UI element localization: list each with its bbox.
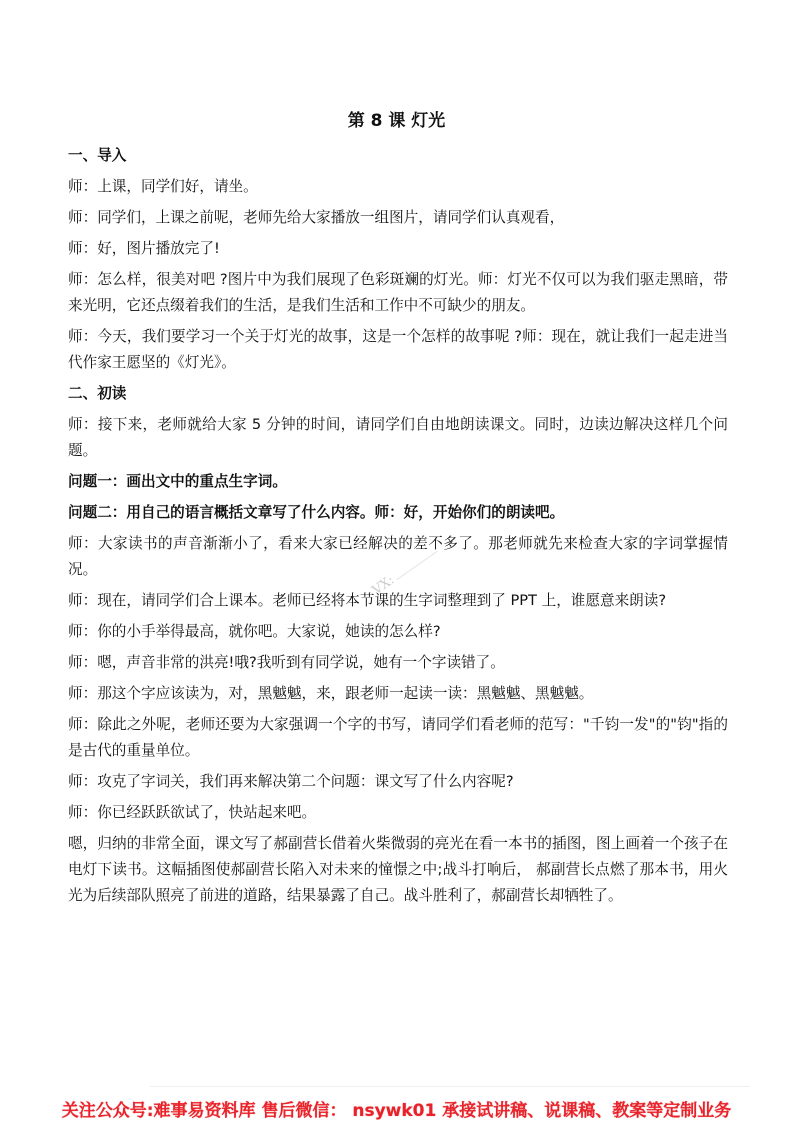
- section-heading-first-reading: 二、初读: [68, 381, 728, 407]
- paragraph: 师：现在，请同学们合上课本。老师已经将本节课的生字词整理到了 PPT 上，谁愿意…: [68, 588, 728, 614]
- summary-paragraph: 嗯，归纳的非常全面，课文写了郝副营长借着火柴微弱的亮光在看一本书的插图，图上画着…: [68, 831, 728, 909]
- paragraph: 师：你的小手举得最高，就你吧。大家说，她读的怎么样?: [68, 619, 728, 645]
- question-two: 问题二：用自己的语言概括文章写了什么内容。师：好，开始你们的朗读吧。: [68, 500, 728, 526]
- paragraph: 师：怎么样，很美对吧 ?图片中为我们展现了色彩斑斓的灯光。师：灯光不仅可以为我们…: [68, 267, 728, 319]
- paragraph: 师：上课，同学们好，请坐。: [68, 174, 728, 200]
- paragraph: 师：攻克了字词关，我们再来解决第二个问题：课文写了什么内容呢?: [68, 769, 728, 795]
- paragraph: 师：同学们，上课之前呢，老师先给大家播放一组图片，请同学们认真观看，: [68, 205, 728, 231]
- paragraph: 师：除此之外呢，老师还要为大家强调一个字的书写，请同学们看老师的范写："千钧一发…: [68, 712, 728, 764]
- paragraph: 师：大家读书的声音渐渐小了，看来大家已经解决的差不多了。那老师就先来检查大家的字…: [68, 531, 728, 583]
- section-heading-intro: 一、导入: [68, 143, 728, 169]
- paragraph: 师：接下来，老师就给大家 5 分钟的时间，请同学们自由地朗读课文。同时，边读边解…: [68, 412, 728, 464]
- paragraph: 师：那这个字应该读为，对，黑魆魆，来，跟老师一起读一读：黑魆魆、黑魆魆。: [68, 681, 728, 707]
- paragraph: 师：今天，我们要学习一个关于灯光的故事，这是一个怎样的故事呢 ?师：现在，就让我…: [68, 324, 728, 376]
- paragraph: 师：嗯，声音非常的洪亮!哦?我听到有同学说，她有一个字读错了。: [68, 650, 728, 676]
- footer-divider: [150, 1086, 750, 1087]
- document-title: 第 8 课 灯光: [0, 106, 793, 131]
- question-one: 问题一：画出文中的重点生字词。: [68, 469, 728, 495]
- paragraph: 师：你已经跃跃欲试了，快站起来吧。: [68, 800, 728, 826]
- footer-banner: 关注公众号:难事易资料库 售后微信： nsywk01 承接试讲稿、说课稿、教案等…: [0, 1096, 793, 1121]
- paragraph: 师：好，图片播放完了!: [68, 236, 728, 262]
- document-body: 一、导入 师：上课，同学们好，请坐。 师：同学们，上课之前呢，老师先给大家播放一…: [68, 143, 728, 914]
